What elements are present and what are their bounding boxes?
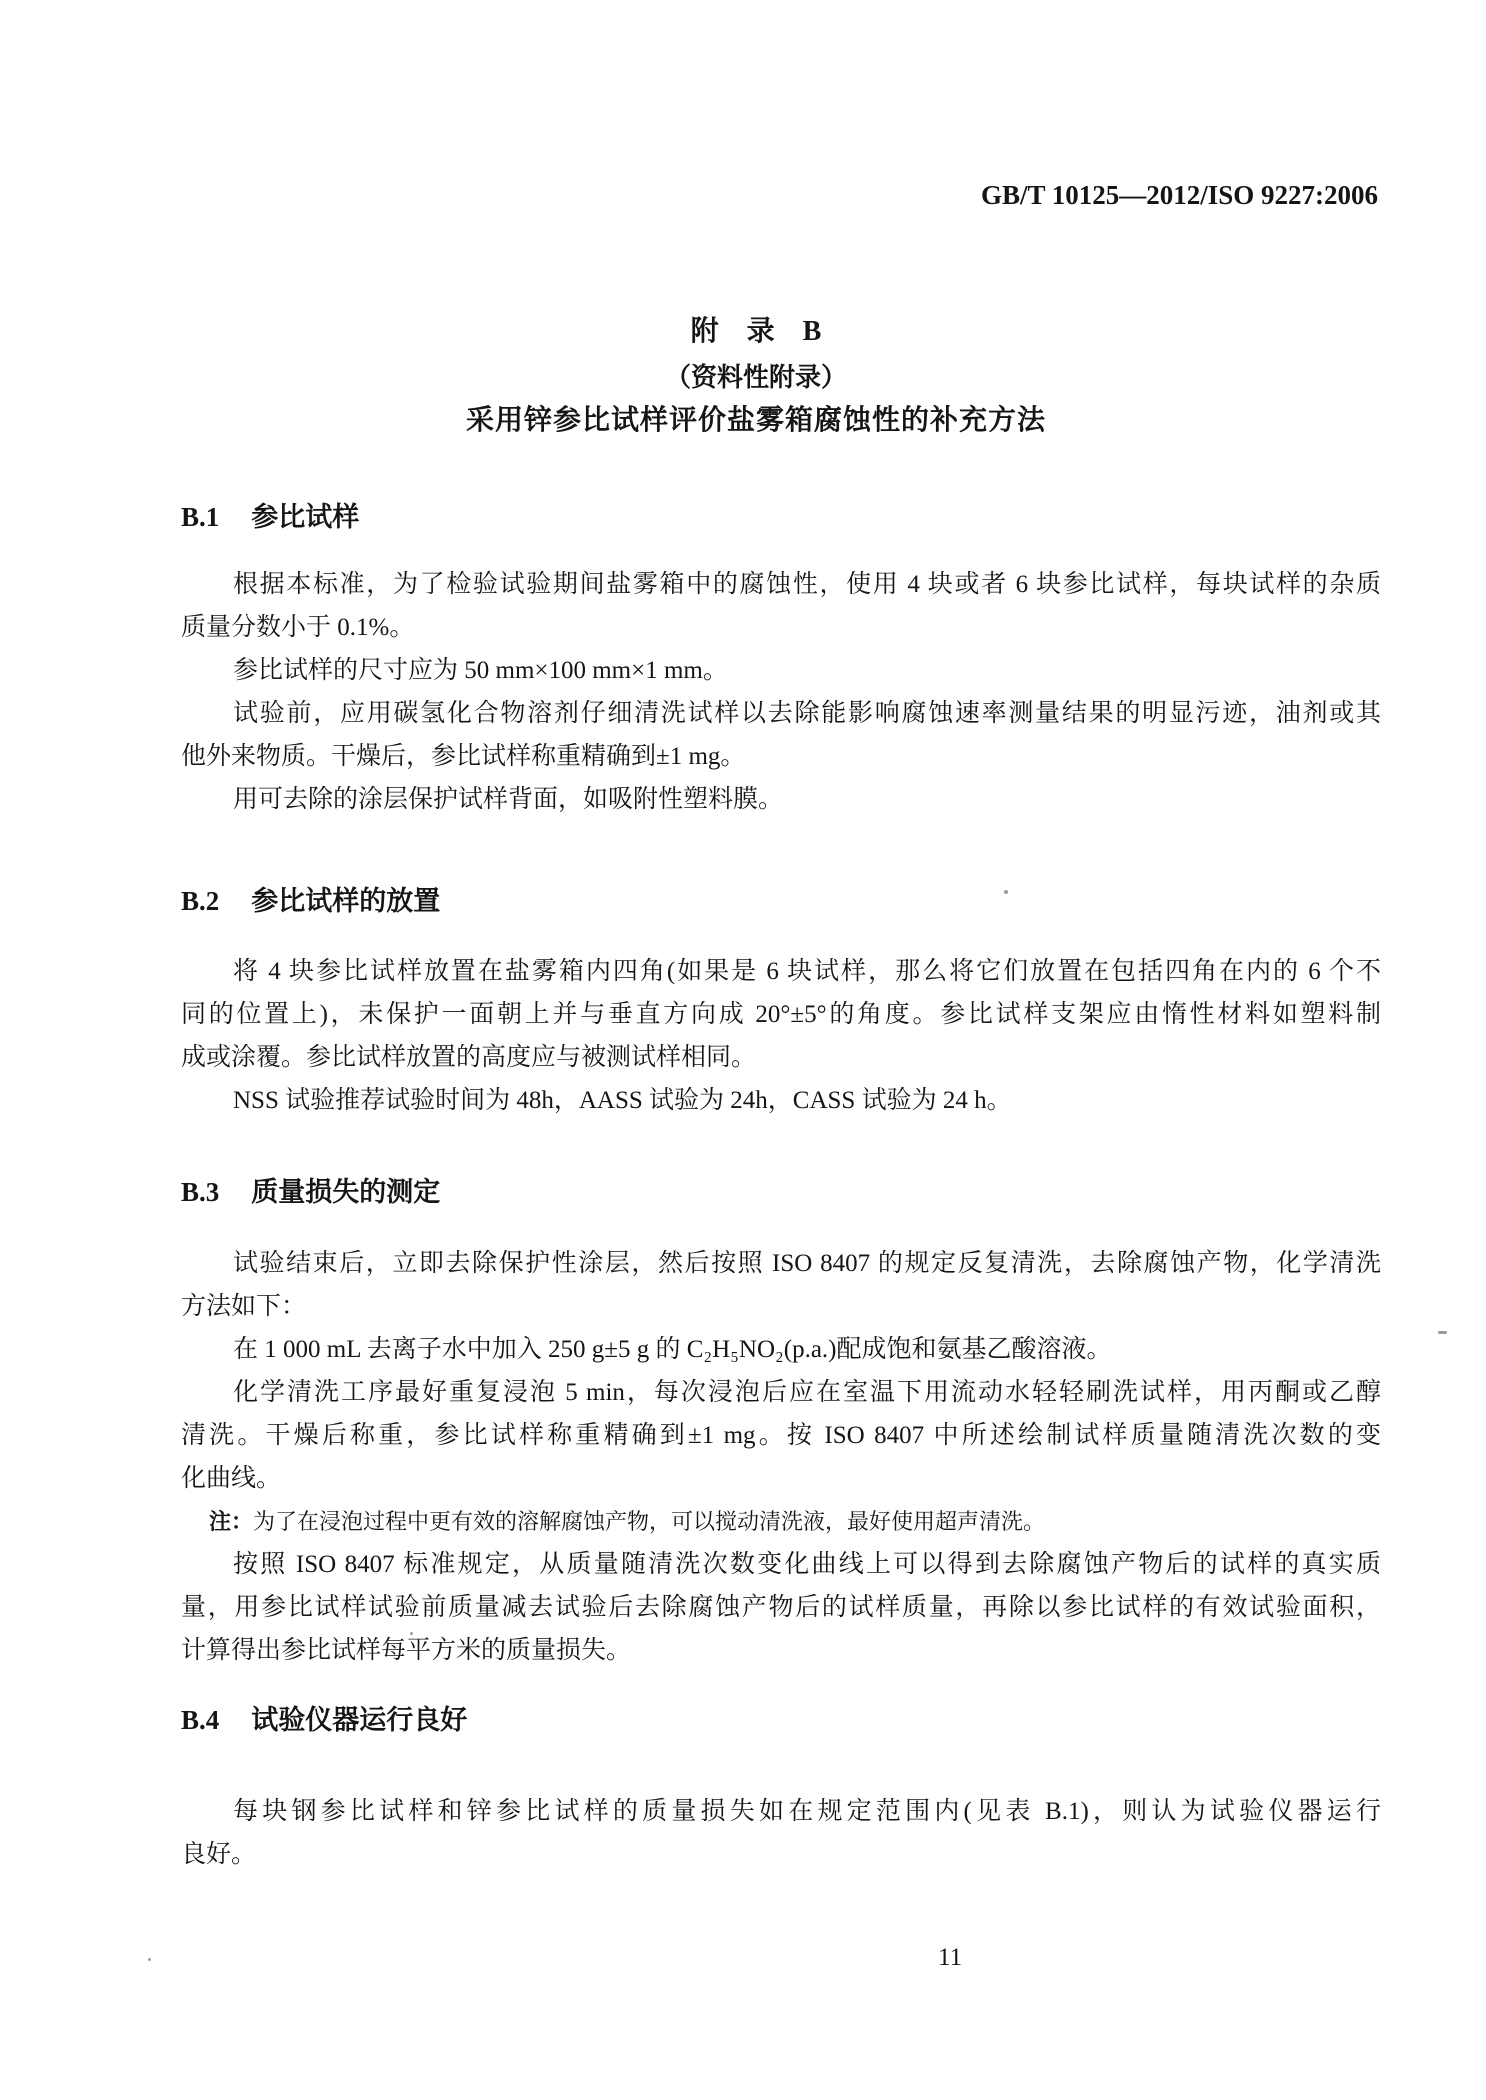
text-line: 化学清洗工序最好重复浸泡 5 min，每次浸泡后应在室温下用流动水轻轻刷洗试样，… bbox=[181, 1371, 1381, 1414]
document-page: GB/T 10125—2012/ISO 9227:2006 附 录 B （资料性… bbox=[0, 0, 1486, 2100]
section-b2-body: 将 4 块参比试样放置在盐雾箱内四角(如果是 6 块试样，那么将它们放置在包括四… bbox=[181, 950, 1381, 1122]
section-number: B.1 bbox=[181, 497, 219, 537]
appendix-subtitle: （资料性附录） bbox=[150, 361, 1362, 395]
section-title: 参比试样 bbox=[251, 502, 359, 532]
section-number: B.3 bbox=[181, 1172, 219, 1212]
scan-artifact bbox=[1004, 890, 1008, 894]
text-line: 按照 ISO 8407 标准规定，从质量随清洗次数变化曲线上可以得到去除腐蚀产物… bbox=[181, 1543, 1381, 1586]
standard-code-header: GB/T 10125—2012/ISO 9227:2006 bbox=[981, 180, 1378, 211]
section-b1: B.1参比试样 根据本标准，为了检验试验期间盐雾箱中的腐蚀性，使用 4 块或者 … bbox=[181, 497, 1381, 821]
text-line: 同的位置上)，未保护一面朝上并与垂直方向成 20°±5°的角度。参比试样支架应由… bbox=[181, 993, 1381, 1036]
text-line: 在 1 000 mL 去离子水中加入 250 g±5 g 的 C₂H₅NO₂(p… bbox=[181, 1328, 1381, 1371]
note-line: 注：为了在浸泡过程中更有效的溶解腐蚀产物，可以搅动清洗液，最好使用超声清洗。 bbox=[181, 1500, 1381, 1543]
text-line: 成或涂覆。参比试样放置的高度应与被测试样相同。 bbox=[181, 1036, 1381, 1079]
appendix-name: 采用锌参比试样评价盐雾箱腐蚀性的补充方法 bbox=[150, 401, 1362, 441]
section-b4: B.4试验仪器运行良好 每块钢参比试样和锌参比试样的质量损失如在规定范围内(见表… bbox=[181, 1700, 1381, 1876]
scan-artifact bbox=[148, 1958, 151, 1961]
section-b2-heading: B.2参比试样的放置 bbox=[181, 881, 1381, 921]
appendix-title: 附 录 B bbox=[150, 314, 1362, 350]
text-line: 清洗。干燥后称重，参比试样称重精确到±1 mg。按 ISO 8407 中所述绘制… bbox=[181, 1414, 1381, 1457]
text-line: 量，用参比试样试验前质量减去试验后去除腐蚀产物后的试样质量，再除以参比试样的有效… bbox=[181, 1586, 1381, 1629]
section-b4-body: 每块钢参比试样和锌参比试样的质量损失如在规定范围内(见表 B.1)，则认为试验仪… bbox=[181, 1790, 1381, 1876]
text-line: 根据本标准，为了检验试验期间盐雾箱中的腐蚀性，使用 4 块或者 6 块参比试样，… bbox=[181, 563, 1381, 606]
scan-artifact bbox=[410, 1632, 413, 1635]
text-line: 参比试样的尺寸应为 50 mm×100 mm×1 mm。 bbox=[181, 649, 1381, 692]
section-b3-heading: B.3质量损失的测定 bbox=[181, 1172, 1381, 1212]
text-line: 质量分数小于 0.1%。 bbox=[181, 606, 1381, 649]
section-b3: B.3质量损失的测定 试验结束后，立即去除保护性涂层，然后按照 ISO 8407… bbox=[181, 1172, 1381, 1672]
section-b2: B.2参比试样的放置 将 4 块参比试样放置在盐雾箱内四角(如果是 6 块试样，… bbox=[181, 881, 1381, 1122]
section-title: 质量损失的测定 bbox=[251, 1177, 440, 1207]
text-line: 他外来物质。干燥后，参比试样称重精确到±1 mg。 bbox=[181, 735, 1381, 778]
section-title: 参比试样的放置 bbox=[251, 886, 440, 916]
text-line: 将 4 块参比试样放置在盐雾箱内四角(如果是 6 块试样，那么将它们放置在包括四… bbox=[181, 950, 1381, 993]
text-line: 试验结束后，立即去除保护性涂层，然后按照 ISO 8407 的规定反复清洗，去除… bbox=[181, 1242, 1381, 1285]
section-b4-heading: B.4试验仪器运行良好 bbox=[181, 1700, 1381, 1740]
page-number: 11 bbox=[938, 1944, 962, 1972]
text-line: 化曲线。 bbox=[181, 1457, 1381, 1500]
text-line: 计算得出参比试样每平方米的质量损失。 bbox=[181, 1629, 1381, 1672]
appendix-title-block: 附 录 B （资料性附录） 采用锌参比试样评价盐雾箱腐蚀性的补充方法 bbox=[150, 314, 1362, 441]
text-line: 每块钢参比试样和锌参比试样的质量损失如在规定范围内(见表 B.1)，则认为试验仪… bbox=[181, 1790, 1381, 1833]
section-number: B.2 bbox=[181, 881, 219, 921]
text-line: 方法如下： bbox=[181, 1285, 1381, 1328]
section-b1-heading: B.1参比试样 bbox=[181, 497, 1381, 537]
text-line: 良好。 bbox=[181, 1833, 1381, 1876]
section-b1-body: 根据本标准，为了检验试验期间盐雾箱中的腐蚀性，使用 4 块或者 6 块参比试样，… bbox=[181, 563, 1381, 821]
section-title: 试验仪器运行良好 bbox=[251, 1705, 467, 1735]
note-label: 注： bbox=[209, 1509, 253, 1534]
scan-artifact bbox=[1438, 1331, 1447, 1334]
note-text: 为了在浸泡过程中更有效的溶解腐蚀产物，可以搅动清洗液，最好使用超声清洗。 bbox=[253, 1509, 1045, 1534]
text-line: NSS 试验推荐试验时间为 48h，AASS 试验为 24h，CASS 试验为 … bbox=[181, 1079, 1381, 1122]
text-line: 用可去除的涂层保护试样背面，如吸附性塑料膜。 bbox=[181, 778, 1381, 821]
section-b3-body: 试验结束后，立即去除保护性涂层，然后按照 ISO 8407 的规定反复清洗，去除… bbox=[181, 1242, 1381, 1672]
text-line: 试验前，应用碳氢化合物溶剂仔细清洗试样以去除能影响腐蚀速率测量结果的明显污迹，油… bbox=[181, 692, 1381, 735]
section-number: B.4 bbox=[181, 1700, 219, 1740]
